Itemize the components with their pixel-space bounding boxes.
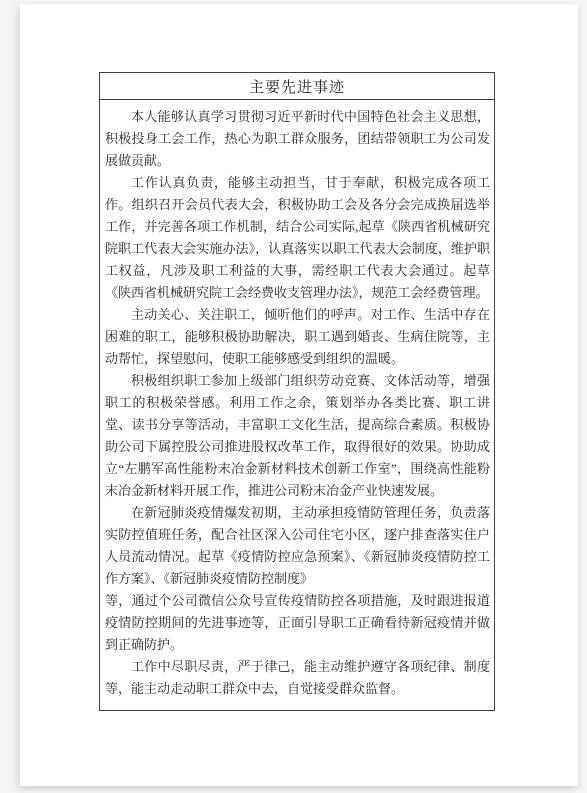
document-page: 主要先进事迹 本人能够认真学习贯彻习近平新时代中国特色社会主义思想，积极投身工会… [20, 4, 578, 786]
table-body-cell: 本人能够认真学习贯彻习近平新时代中国特色社会主义思想，积极投身工会工作，热心为职… [100, 100, 494, 700]
table-header-row: 主要先进事迹 [100, 73, 494, 100]
paragraph: 等，通过个公司微信公众号宣传疫情防控各项措施，及时跟进报道疫情防控期间的先进事迹… [105, 590, 490, 656]
paragraph: 工作中尽职尽责，严于律己，能主动维护遵守各项纪律、制度等，能主动走动职工群众中去… [105, 656, 490, 700]
table-header-title: 主要先进事迹 [249, 76, 345, 97]
paragraph: 主动关心、关注职工，倾听他们的呼声。对工作、生活中存在困难的职工，能够积极协助解… [105, 304, 490, 370]
paragraph: 积极组织职工参加上级部门组织劳动竞赛、文体活动等，增强职工的积极荣誉感。利用工作… [105, 370, 490, 502]
deeds-table: 主要先进事迹 本人能够认真学习贯彻习近平新时代中国特色社会主义思想，积极投身工会… [99, 72, 495, 711]
paragraph: 在新冠肺炎疫情爆发初期，主动承担疫情防管理任务，负责落实防控值班任务，配合社区深… [105, 502, 490, 590]
paragraph: 本人能够认真学习贯彻习近平新时代中国特色社会主义思想，积极投身工会工作，热心为职… [105, 106, 490, 172]
page-background: 主要先进事迹 本人能够认真学习贯彻习近平新时代中国特色社会主义思想，积极投身工会… [0, 0, 587, 793]
paragraph: 工作认真负责，能够主动担当，甘于奉献，积极完成各项工作。组织召开会员代表大会，积… [105, 172, 490, 304]
